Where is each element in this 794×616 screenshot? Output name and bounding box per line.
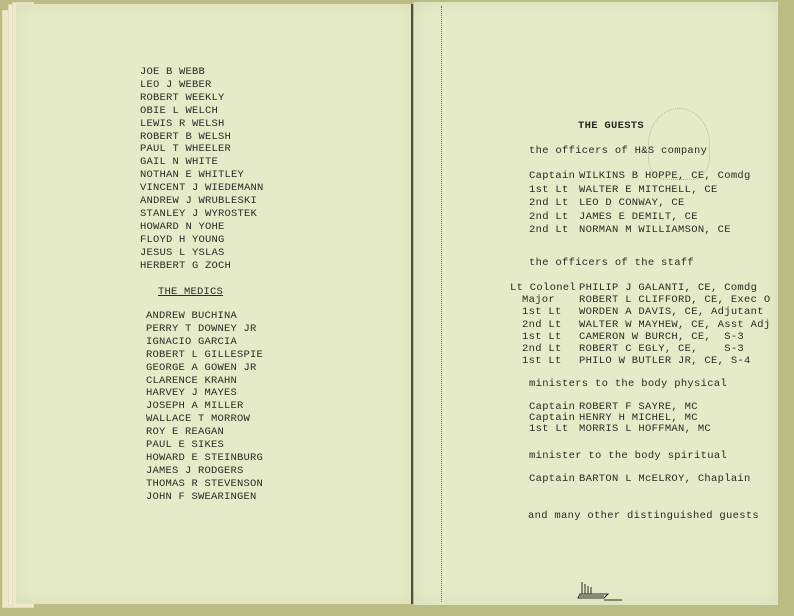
officer-row: 2nd LtLEO D CONWAY, CE	[529, 197, 751, 211]
roster-name: LEWIS R WELSH	[140, 118, 264, 131]
officer-rank: 2nd Lt	[529, 224, 579, 238]
medic-name: JOHN F SWEARINGEN	[146, 491, 263, 504]
roster-name: NOTHAN E WHITLEY	[140, 169, 264, 182]
medic-name: HARVEY J MAYES	[146, 387, 263, 400]
roster-name: PAUL T WHEELER	[140, 143, 264, 156]
officer-rank: Lt Colonel	[510, 282, 579, 294]
officer-row: 2nd LtWALTER W MAYHEW, CE, Asst Adj	[510, 319, 770, 331]
officer-name: ROBERT C EGLY, CE, S-3	[579, 343, 744, 355]
medic-name: JOSEPH A MILLER	[146, 400, 263, 413]
medic-name: THOMAS R STEVENSON	[146, 478, 263, 491]
hs-company-officers: CaptainWILKINS B HOPPE, CE, Comdg1st LtW…	[529, 170, 751, 238]
roster-name: OBIE L WELCH	[140, 105, 264, 118]
medics-heading: THE MEDICS	[158, 286, 223, 298]
medics-list: ANDREW BUCHINAPERRY T DOWNEY JRIGNACIO G…	[146, 310, 263, 504]
officer-row: CaptainBARTON L McELROY, Chaplain	[529, 473, 751, 485]
medic-name: PAUL E SIKES	[146, 439, 263, 452]
medic-name: ANDREW BUCHINA	[146, 310, 263, 323]
officer-rank: 1st Lt	[529, 424, 579, 435]
officer-name: WALTER W MAYHEW, CE, Asst Adj	[579, 319, 770, 331]
roster-list: JOE B WEBBLEO J WEBERROBERT WEEKLYOBIE L…	[140, 66, 264, 273]
officer-name: CAMERON W BURCH, CE, S-3	[579, 331, 744, 343]
officer-name: JAMES E DEMILT, CE	[579, 211, 698, 223]
roster-name: VINCENT J WIEDEMANN	[140, 182, 264, 195]
officer-name: MORRIS L HOFFMAN, MC	[579, 423, 711, 435]
roster-name: FLOYD H YOUNG	[140, 234, 264, 247]
roster-name: ROBERT B WELSH	[140, 131, 264, 144]
medic-name: PERRY T DOWNEY JR	[146, 323, 263, 336]
medic-name: CLARENCE KRAHN	[146, 375, 263, 388]
roster-name: HOWARD N YOHE	[140, 221, 264, 234]
officer-row: 2nd LtJAMES E DEMILT, CE	[529, 211, 751, 225]
medic-name: IGNACIO GARCIA	[146, 336, 263, 349]
officer-row: 2nd LtROBERT C EGLY, CE, S-3	[510, 343, 770, 355]
officer-name: WALTER E MITCHELL, CE	[579, 184, 718, 196]
officer-row: 1st LtPHILO W BUTLER JR, CE, S-4	[510, 355, 770, 367]
officer-name: LEO D CONWAY, CE	[579, 197, 685, 209]
officer-row: 2nd LtNORMAN M WILLIAMSON, CE	[529, 224, 751, 238]
spiritual-heading: minister to the body spiritual	[529, 450, 727, 462]
roster-name: GAIL N WHITE	[140, 156, 264, 169]
roster-name: JOE B WEBB	[140, 66, 264, 79]
roster-name: ANDREW J WRUBLESKI	[140, 195, 264, 208]
ship-stamp-icon	[574, 578, 624, 602]
chaplain: CaptainBARTON L McELROY, Chaplain	[529, 473, 751, 485]
officer-rank: 2nd Lt	[510, 319, 579, 331]
roster-name: JESUS L YSLAS	[140, 247, 264, 260]
staff-officers: Lt ColonelPHILIP J GALANTI, CE, ComdgMaj…	[510, 282, 770, 367]
officer-name: NORMAN M WILLIAMSON, CE	[579, 224, 731, 236]
hs-company-heading: the officers of H&S company	[529, 145, 707, 157]
officer-name: PHILIP J GALANTI, CE, Comdg	[579, 282, 757, 294]
closing-line: and many other distinguished guests	[528, 510, 759, 522]
officer-row: Lt ColonelPHILIP J GALANTI, CE, Comdg	[510, 282, 770, 294]
officer-rank: 1st Lt	[529, 184, 579, 198]
officer-name: PHILO W BUTLER JR, CE, S-4	[579, 355, 751, 367]
perforation-line	[441, 6, 443, 602]
officer-name: WORDEN A DAVIS, CE, Adjutant	[579, 306, 764, 318]
officer-name: BARTON L McELROY, Chaplain	[579, 473, 751, 485]
staff-heading: the officers of the staff	[529, 257, 694, 269]
officer-rank: Captain	[529, 170, 579, 184]
guests-title: THE GUESTS	[578, 120, 644, 132]
officer-rank: Major	[510, 294, 579, 306]
roster-name: HERBERT G ZOCH	[140, 260, 264, 273]
officer-row: 1st LtCAMERON W BURCH, CE, S-3	[510, 331, 770, 343]
officer-rank: 1st Lt	[510, 355, 579, 367]
medic-name: JAMES J RODGERS	[146, 465, 263, 478]
binding-gutter	[411, 4, 413, 604]
medic-name: ROY E REAGAN	[146, 426, 263, 439]
officer-rank: 1st Lt	[510, 331, 579, 343]
physical-heading: ministers to the body physical	[529, 378, 727, 390]
medic-name: GEORGE A GOWEN JR	[146, 362, 263, 375]
medical-officers: CaptainROBERT F SAYRE, MCCaptainHENRY H …	[529, 402, 711, 435]
officer-name: WILKINS B HOPPE, CE, Comdg	[579, 170, 751, 182]
officer-name: ROBERT L CLIFFORD, CE, Exec O	[579, 294, 770, 306]
officer-row: MajorROBERT L CLIFFORD, CE, Exec O	[510, 294, 770, 306]
officer-rank: 2nd Lt	[529, 197, 579, 211]
document-spread: JOE B WEBBLEO J WEBERROBERT WEEKLYOBIE L…	[0, 0, 794, 616]
officer-row: 1st LtWORDEN A DAVIS, CE, Adjutant	[510, 306, 770, 318]
officer-row: 1st LtMORRIS L HOFFMAN, MC	[529, 424, 711, 435]
medic-name: ROBERT L GILLESPIE	[146, 349, 263, 362]
officer-rank: 2nd Lt	[529, 211, 579, 225]
medic-name: HOWARD E STEINBURG	[146, 452, 263, 465]
medic-name: WALLACE T MORROW	[146, 413, 263, 426]
officer-rank: 2nd Lt	[510, 343, 579, 355]
officer-row: CaptainWILKINS B HOPPE, CE, Comdg	[529, 170, 751, 184]
officer-rank: Captain	[529, 473, 579, 485]
officer-rank: 1st Lt	[510, 306, 579, 318]
roster-name: LEO J WEBER	[140, 79, 264, 92]
officer-row: 1st LtWALTER E MITCHELL, CE	[529, 184, 751, 198]
roster-name: STANLEY J WYROSTEK	[140, 208, 264, 221]
roster-name: ROBERT WEEKLY	[140, 92, 264, 105]
